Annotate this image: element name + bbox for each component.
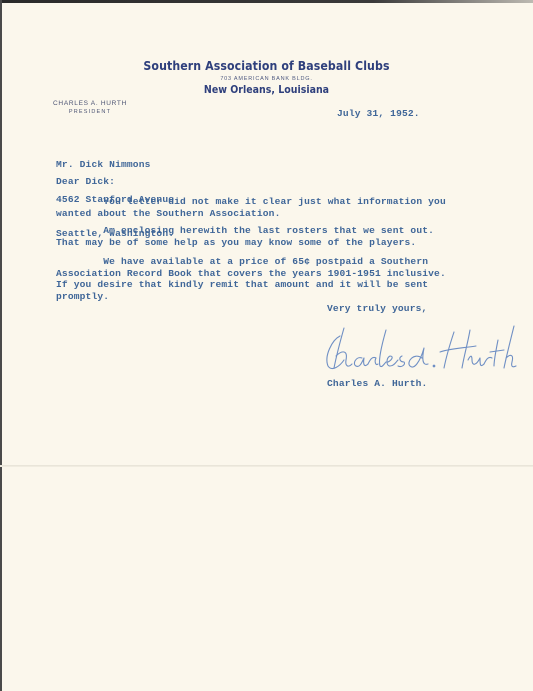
paper-left-edge	[0, 0, 2, 691]
officer-name: CHARLES A. HURTH	[42, 100, 138, 107]
handwritten-signature	[318, 322, 518, 374]
letterhead-organization: Southern Association of Baseball Clubs	[32, 58, 501, 73]
paper-top-edge	[0, 0, 533, 3]
letterhead-officer: CHARLES A. HURTH PRESIDENT	[42, 100, 138, 115]
officer-title: PRESIDENT	[42, 109, 138, 115]
closing: Very truly yours,	[327, 303, 427, 315]
body-paragraph: Am enclosing herewith the last rosters t…	[56, 225, 434, 248]
signer-name: Charles A. Hurth.	[327, 378, 427, 390]
paper-fold-crease	[0, 465, 533, 467]
letterhead-address: 703 AMERICAN BANK BLDG.	[0, 76, 533, 82]
letterhead-city: New Orleans, Louisiana	[27, 84, 507, 96]
letter-date: July 31, 1952.	[337, 108, 420, 120]
recipient-line: Mr. Dick Nimmons	[56, 159, 174, 171]
salutation: Dear Dick:	[56, 176, 115, 188]
body-paragraph: You letter did not make it clear just wh…	[56, 196, 446, 219]
body-paragraph: We have available at a price of 65¢ post…	[56, 256, 446, 302]
